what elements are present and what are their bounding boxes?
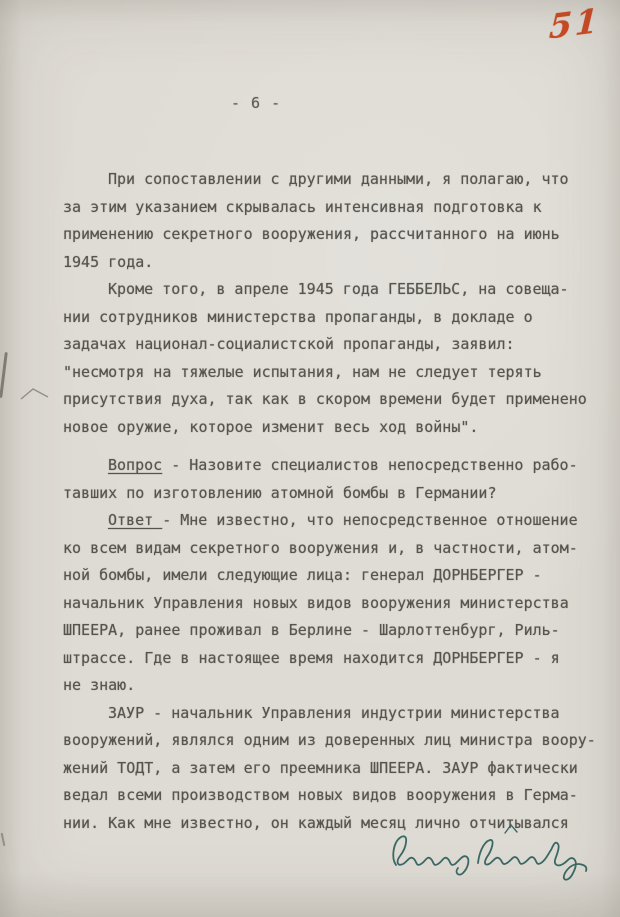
text-line: ЗАУР - начальник Управления индустрии ми… bbox=[63, 700, 608, 728]
signature-stroke-1 bbox=[393, 836, 468, 874]
text-line: новое оружие, которое изменит весь ход в… bbox=[63, 414, 608, 442]
text-line: Вопрос - Назовите специалистов непосредс… bbox=[63, 452, 608, 480]
text-line: нии. Как мне известно, он каждый месяц л… bbox=[63, 810, 608, 838]
text-line: ко всем видам секретного вооружения и, в… bbox=[63, 535, 608, 563]
text-line: задачах национал-социалистской пропаганд… bbox=[63, 331, 608, 359]
text-line: ШПЕЕРА, ранее проживал в Берлине - Шарло… bbox=[63, 617, 608, 645]
text-line: 1945 года. bbox=[63, 249, 608, 277]
text-line: При сопоставлении с другими данными, я п… bbox=[63, 166, 608, 194]
text-line: ной бомбы, имели следующие лица: генерал… bbox=[63, 562, 608, 590]
paragraph: Ответ - Мне известно, что непосредственн… bbox=[63, 507, 608, 700]
text-line: за этим указанием скрывалась интенсивная… bbox=[63, 194, 608, 222]
pencil-edge-mark bbox=[1, 833, 6, 846]
underlined-term: Вопрос bbox=[108, 456, 162, 474]
text-line: жений ТОДТ, а затем его преемника ШПЕЕРА… bbox=[63, 755, 608, 783]
text-line: применению секретного вооружения, рассчи… bbox=[63, 221, 608, 249]
paragraph: Кроме того, в апреле 1945 года ГЕББЕЛЬС,… bbox=[63, 276, 608, 441]
text-line: нии сотрудников министерства пропаганды,… bbox=[63, 304, 608, 332]
handwritten-page-marker: 51 bbox=[548, 1, 602, 47]
text-line: Ответ - Мне известно, что непосредственн… bbox=[63, 507, 608, 535]
underlined-term: Ответ bbox=[108, 511, 162, 529]
text-line: ведал всеми производством новых видов во… bbox=[63, 782, 608, 810]
signature-stroke-2 bbox=[478, 840, 586, 880]
text-line: Кроме того, в апреле 1945 года ГЕББЕЛЬС,… bbox=[63, 276, 608, 304]
text-line: начальник Управления новых видов вооруже… bbox=[63, 590, 608, 618]
text-line: вооружений, являлся одним из доверенных … bbox=[63, 727, 608, 755]
text-line: присутствия духа, так как в скором време… bbox=[63, 386, 608, 414]
text-run: - Назовите специалистов непосредственно … bbox=[162, 456, 577, 474]
pencil-slash-mark bbox=[0, 352, 8, 398]
page-number: - 6 - bbox=[231, 94, 281, 112]
text-line: штрассе. Где в настоящее время находится… bbox=[63, 645, 608, 673]
text-line: не знаю. bbox=[63, 672, 608, 700]
text-run: - Мне известно, что непосредственное отн… bbox=[162, 511, 577, 529]
text-line: "несмотря на тяжелые испытания, нам не с… bbox=[63, 359, 608, 387]
paragraph: При сопоставлении с другими данными, я п… bbox=[63, 166, 608, 276]
paragraph: Вопрос - Назовите специалистов непосредс… bbox=[63, 452, 608, 507]
typewritten-text: При сопоставлении с другими данными, я п… bbox=[63, 166, 608, 837]
text-line: тавших по изготовлению атомной бомбы в Г… bbox=[63, 480, 608, 508]
paragraph: ЗАУР - начальник Управления индустрии ми… bbox=[63, 700, 608, 838]
scanned-document-page: 51 - 6 - При сопоставлении с другими дан… bbox=[0, 0, 620, 917]
pencil-caret-mark bbox=[20, 386, 50, 402]
